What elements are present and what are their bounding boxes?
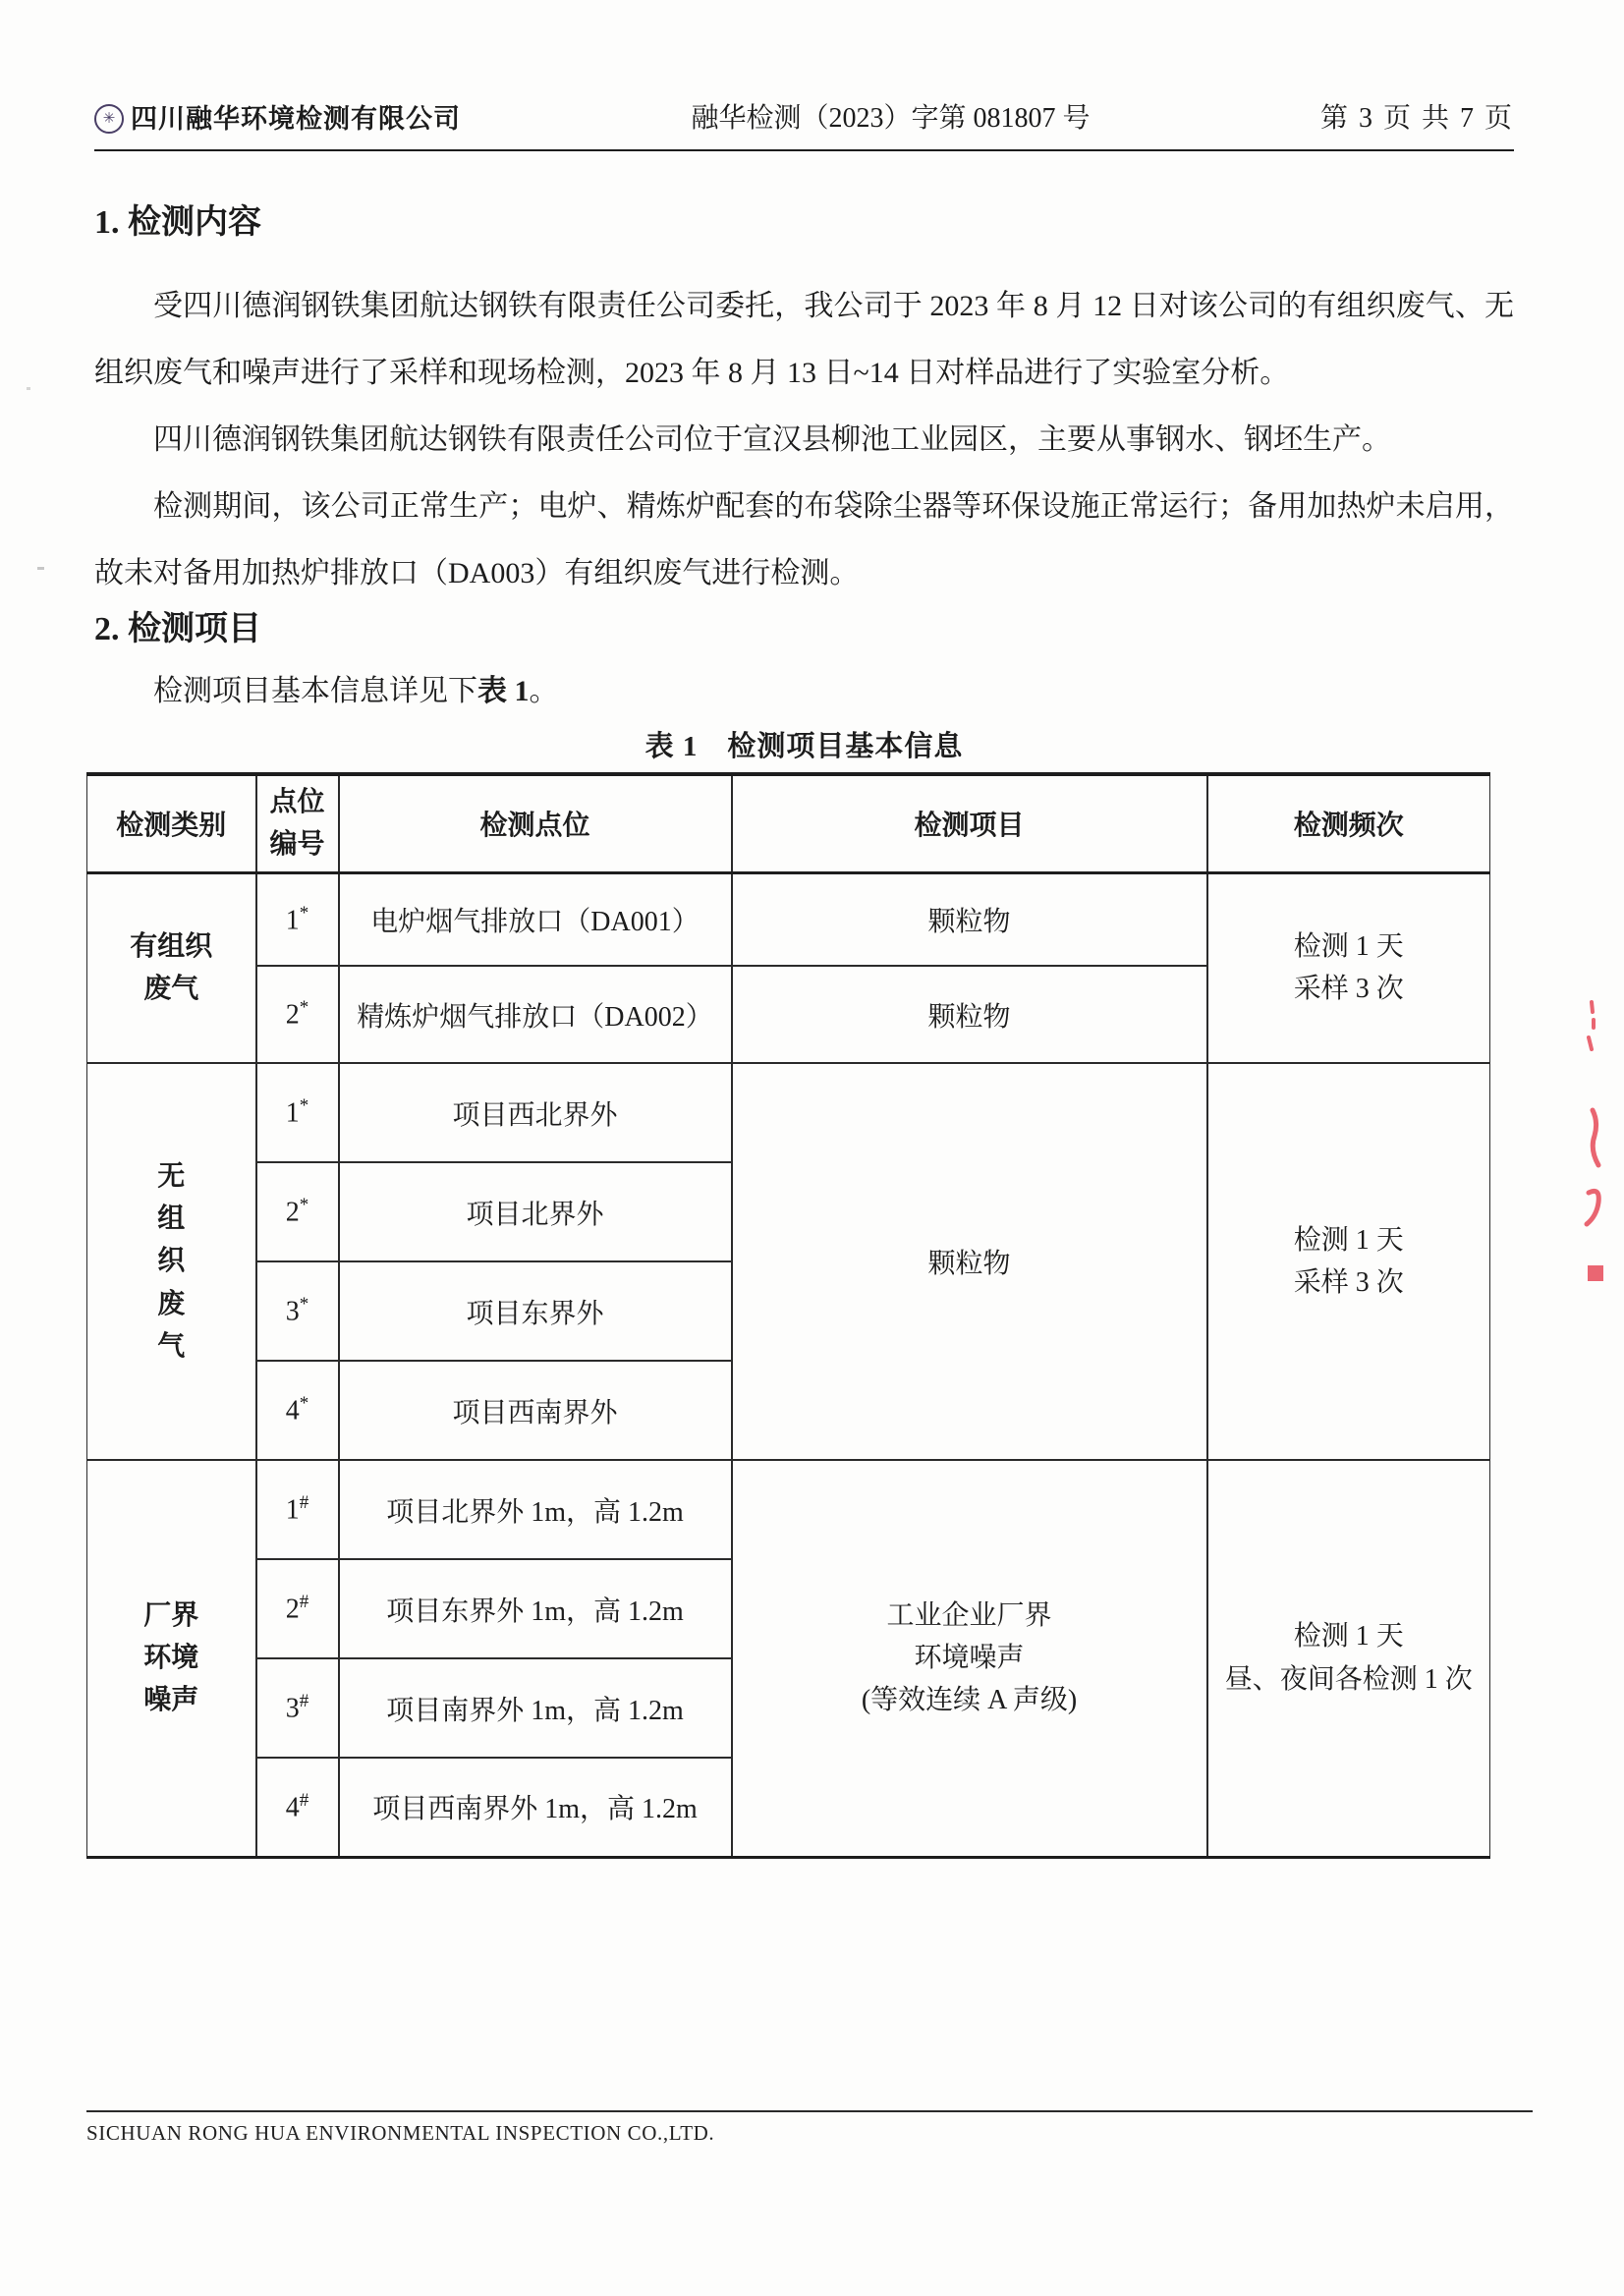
section-1-title: 1. 检测内容 bbox=[94, 202, 1514, 244]
company-logo-icon: ✳ bbox=[94, 104, 124, 134]
header-company-block: ✳ 四川融华环境检测有限公司 bbox=[94, 101, 461, 137]
page-indicator: 第 3 页 共 7 页 bbox=[1320, 101, 1514, 137]
footer-company-name: SICHUAN RONG HUA ENVIRONMENTAL INSPECTIO… bbox=[86, 2121, 714, 2145]
frequency-cell: 检测 1 天 昼、夜间各检测 1 次 bbox=[1207, 1460, 1490, 1857]
table-row: 厂界 环境 噪声 1# 项目北界外 1m，高 1.2m 工业企业厂界 环境噪声 … bbox=[87, 1460, 1490, 1559]
point-cell: 项目北界外 1m，高 1.2m bbox=[339, 1460, 732, 1559]
point-no-cell: 1* bbox=[256, 872, 339, 966]
section-1-paragraph-3: 检测期间，该公司正常生产；电炉、精炼炉配套的布袋除尘器等环保设施正常运行；备用加… bbox=[94, 474, 1514, 607]
point-cell: 电炉烟气排放口（DA001） bbox=[339, 872, 732, 966]
section-1-paragraph-2: 四川德润钢铁集团航达钢铁有限责任公司位于宣汉县柳池工业园区，主要从事钢水、钢坯生… bbox=[94, 407, 1514, 474]
item-cell: 颗粒物 bbox=[732, 966, 1207, 1063]
frequency-cell: 检测 1 天 采样 3 次 bbox=[1207, 872, 1490, 1063]
col-header-item: 检测项目 bbox=[732, 774, 1207, 872]
document-number: 融华检测（2023）字第 081807 号 bbox=[691, 101, 1090, 137]
section-2-intro: 检测项目基本信息详见下表 1。 bbox=[94, 662, 1514, 721]
point-cell: 项目西南界外 1m，高 1.2m bbox=[339, 1758, 732, 1857]
category-cell-organized-gas: 有组织 废气 bbox=[87, 872, 256, 1063]
scan-artifact bbox=[27, 387, 30, 390]
item-cell: 工业企业厂界 环境噪声 (等效连续 A 声级) bbox=[732, 1460, 1207, 1857]
point-no-cell: 2# bbox=[256, 1559, 339, 1658]
point-no-cell: 1# bbox=[256, 1460, 339, 1559]
scan-artifact bbox=[37, 567, 44, 570]
point-cell: 项目东界外 bbox=[339, 1261, 732, 1361]
company-name: 四川融华环境检测有限公司 bbox=[131, 101, 461, 137]
table-1: 检测类别 点位 编号 检测点位 检测项目 检测频次 有组织 废气 1* 电炉烟气… bbox=[86, 772, 1490, 1859]
point-no-cell: 3* bbox=[256, 1261, 339, 1361]
table-1-caption: 表 1 检测项目基本信息 bbox=[94, 727, 1514, 766]
frequency-cell: 检测 1 天 采样 3 次 bbox=[1207, 1063, 1490, 1460]
category-cell-fugitive-gas: 无 组 织 废 气 bbox=[87, 1063, 256, 1460]
point-cell: 项目东界外 1m，高 1.2m bbox=[339, 1559, 732, 1658]
table-row: 无 组 织 废 气 1* 项目西北界外 颗粒物 检测 1 天 采样 3 次 bbox=[87, 1063, 1490, 1162]
col-header-frequency: 检测频次 bbox=[1207, 774, 1490, 872]
point-no-cell: 3# bbox=[256, 1658, 339, 1758]
col-header-point: 检测点位 bbox=[339, 774, 732, 872]
section-1-paragraph-1: 受四川德润钢铁集团航达钢铁有限责任公司委托，我公司于 2023 年 8 月 12… bbox=[94, 273, 1514, 407]
point-cell: 精炼炉烟气排放口（DA002） bbox=[339, 966, 732, 1063]
item-cell: 颗粒物 bbox=[732, 872, 1207, 966]
intro-table-ref: 表 1 bbox=[477, 675, 530, 707]
section-2-title: 2. 检测项目 bbox=[94, 609, 1514, 650]
col-header-category: 检测类别 bbox=[87, 774, 256, 872]
red-annotation-marks bbox=[1567, 982, 1624, 1297]
point-cell: 项目北界外 bbox=[339, 1162, 732, 1261]
scanned-report-page: ✳ 四川融华环境检测有限公司 融华检测（2023）字第 081807 号 第 3… bbox=[0, 0, 1624, 2296]
col-header-point-no: 点位 编号 bbox=[256, 774, 339, 872]
intro-text: 检测项目基本信息详见下 bbox=[153, 675, 477, 707]
item-cell: 颗粒物 bbox=[732, 1063, 1207, 1460]
document-header: ✳ 四川融华环境检测有限公司 融华检测（2023）字第 081807 号 第 3… bbox=[94, 0, 1514, 151]
point-cell: 项目南界外 1m，高 1.2m bbox=[339, 1658, 732, 1758]
point-no-cell: 2* bbox=[256, 1162, 339, 1261]
point-cell: 项目西北界外 bbox=[339, 1063, 732, 1162]
document-footer: SICHUAN RONG HUA ENVIRONMENTAL INSPECTIO… bbox=[86, 2110, 1533, 2146]
point-cell: 项目西南界外 bbox=[339, 1361, 732, 1460]
intro-period: 。 bbox=[530, 675, 559, 707]
point-no-cell: 4* bbox=[256, 1361, 339, 1460]
category-cell-boundary-noise: 厂界 环境 噪声 bbox=[87, 1460, 256, 1857]
table-row: 有组织 废气 1* 电炉烟气排放口（DA001） 颗粒物 检测 1 天 采样 3… bbox=[87, 872, 1490, 966]
point-no-cell: 2* bbox=[256, 966, 339, 1063]
table-header-row: 检测类别 点位 编号 检测点位 检测项目 检测频次 bbox=[87, 774, 1490, 872]
point-no-cell: 1* bbox=[256, 1063, 339, 1162]
point-no-cell: 4# bbox=[256, 1758, 339, 1857]
